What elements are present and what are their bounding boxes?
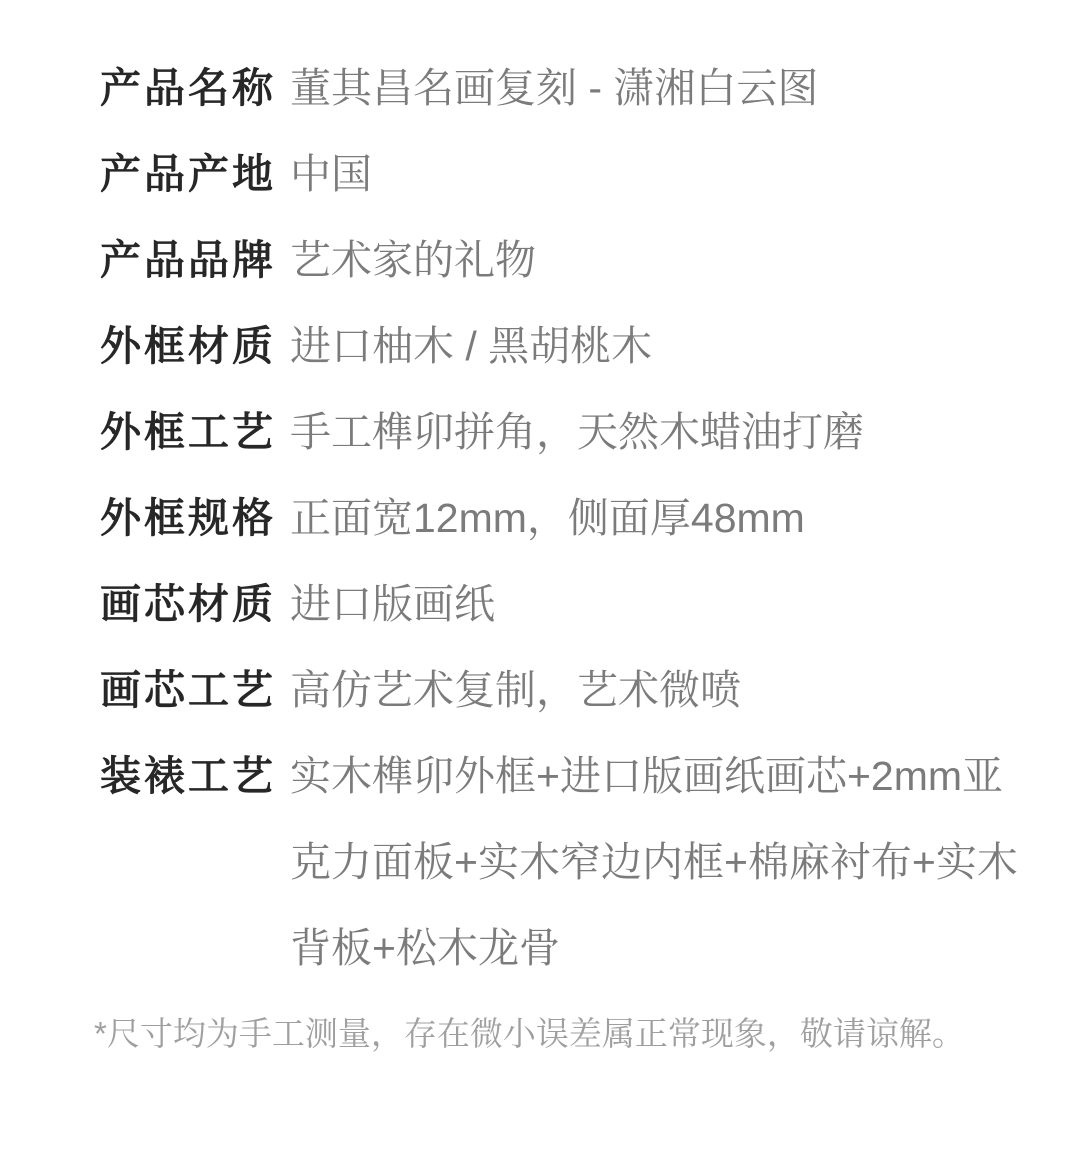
spec-value: 高仿艺术复制，艺术微喷 xyxy=(290,647,1040,733)
spec-value-line: 艺术家的礼物 xyxy=(290,217,1040,303)
spec-row: 外框规格正面宽12mm，侧面厚48mm xyxy=(100,475,1040,561)
spec-value-line: 高仿艺术复制，艺术微喷 xyxy=(290,647,1040,733)
spec-value: 进口柚木 / 黑胡桃木 xyxy=(290,303,1040,389)
spec-row: 外框工艺手工榫卯拼角，天然木蜡油打磨 xyxy=(100,389,1040,475)
spec-row: 画芯工艺高仿艺术复制，艺术微喷 xyxy=(100,647,1040,733)
spec-label: 外框工艺 xyxy=(100,389,290,475)
spec-value: 手工榫卯拼角，天然木蜡油打磨 xyxy=(290,389,1040,475)
spec-value-line: 董其昌名画复刻 - 潇湘白云图 xyxy=(290,45,1040,131)
spec-label: 产品名称 xyxy=(100,45,290,131)
spec-value: 中国 xyxy=(290,131,1040,217)
spec-value-line: 进口版画纸 xyxy=(290,561,1040,647)
spec-row: 产品名称董其昌名画复刻 - 潇湘白云图 xyxy=(100,45,1040,131)
spec-label: 画芯材质 xyxy=(100,561,290,647)
spec-value-line: 实木榫卯外框+进口版画纸画芯+2mm亚 xyxy=(290,733,1040,819)
spec-table: 产品名称董其昌名画复刻 - 潇湘白云图产品产地中国产品品牌艺术家的礼物外框材质进… xyxy=(100,45,1040,991)
spec-value-line: 进口柚木 / 黑胡桃木 xyxy=(290,303,1040,389)
spec-label: 产品品牌 xyxy=(100,217,290,303)
spec-row: 外框材质进口柚木 / 黑胡桃木 xyxy=(100,303,1040,389)
spec-value: 实木榫卯外框+进口版画纸画芯+2mm亚克力面板+实木窄边内框+棉麻衬布+实木背板… xyxy=(290,733,1040,991)
footnote: *尺寸均为手工测量，存在微小误差属正常现象，敬请谅解。 xyxy=(94,991,1040,1077)
product-spec-page: { "page": { "background": "#ffffff" }, "… xyxy=(0,0,1080,1176)
spec-value-line: 手工榫卯拼角，天然木蜡油打磨 xyxy=(290,389,1040,475)
spec-label: 产品产地 xyxy=(100,131,290,217)
spec-value-line: 克力面板+实木窄边内框+棉麻衬布+实木 xyxy=(290,819,1040,905)
spec-label: 画芯工艺 xyxy=(100,647,290,733)
spec-value: 正面宽12mm，侧面厚48mm xyxy=(290,475,1040,561)
spec-value: 艺术家的礼物 xyxy=(290,217,1040,303)
spec-label: 装裱工艺 xyxy=(100,733,290,819)
spec-row: 画芯材质进口版画纸 xyxy=(100,561,1040,647)
spec-label: 外框规格 xyxy=(100,475,290,561)
spec-label: 外框材质 xyxy=(100,303,290,389)
product-spec-sheet: 产品名称董其昌名画复刻 - 潇湘白云图产品产地中国产品品牌艺术家的礼物外框材质进… xyxy=(0,0,1080,1077)
spec-value-line: 背板+松木龙骨 xyxy=(290,905,1040,991)
spec-value-line: 中国 xyxy=(290,131,1040,217)
spec-value: 进口版画纸 xyxy=(290,561,1040,647)
spec-row: 产品品牌艺术家的礼物 xyxy=(100,217,1040,303)
spec-row: 产品产地中国 xyxy=(100,131,1040,217)
spec-row: 装裱工艺实木榫卯外框+进口版画纸画芯+2mm亚克力面板+实木窄边内框+棉麻衬布+… xyxy=(100,733,1040,991)
spec-value-line: 正面宽12mm，侧面厚48mm xyxy=(290,475,1040,561)
spec-value: 董其昌名画复刻 - 潇湘白云图 xyxy=(290,45,1040,131)
